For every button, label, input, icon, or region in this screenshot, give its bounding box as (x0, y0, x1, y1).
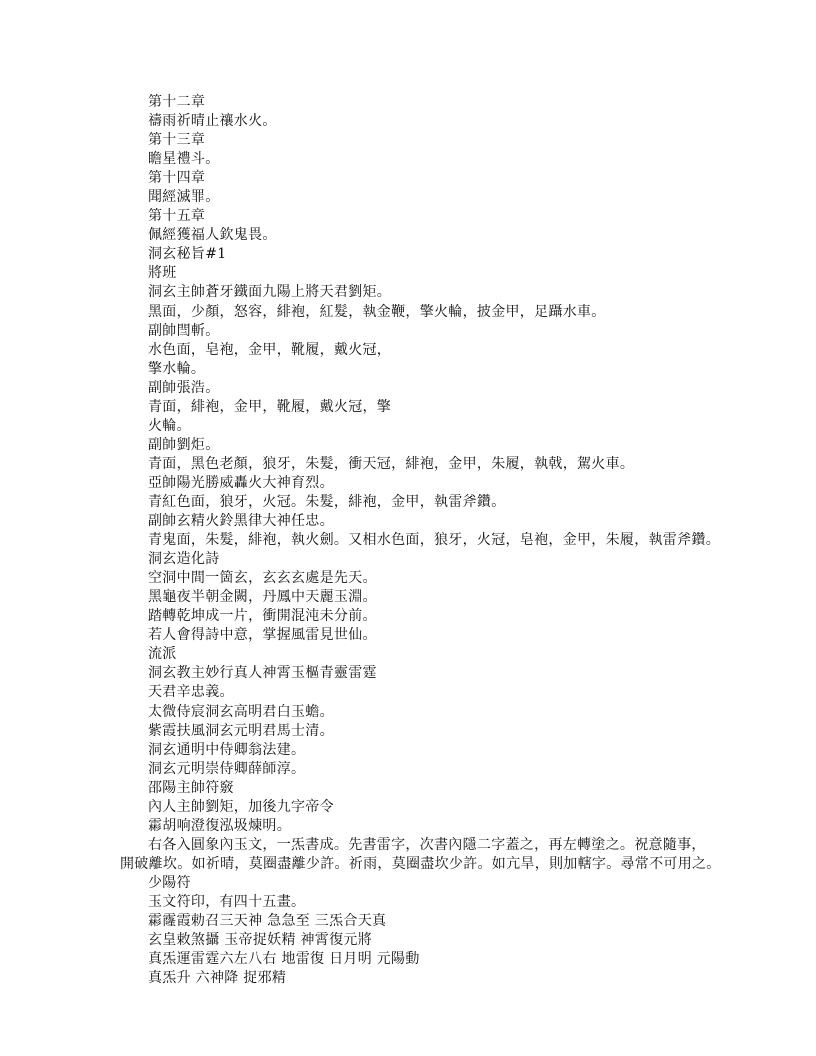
text-line: 洞玄元明崇侍卿薛師淳。 (120, 760, 720, 779)
document-page: 第十二章 禱雨祈晴止禳水火。 第十三章 瞻星禮斗。 第十四章 聞經滅罪。 第十五… (0, 0, 816, 1056)
text-line: 玉文符印，有四十五畫。 (120, 893, 720, 912)
incantation-line: 真炁升 六神降 捉邪精 (120, 969, 720, 988)
chapter-heading: 第十四章 (120, 169, 720, 188)
text-line: 副帥劉炬。 (120, 436, 720, 455)
section-heading: 少陽符 (120, 874, 720, 893)
text-line: 水色面，皂袍，金甲，靴履，戴火冠， (120, 341, 720, 360)
chapter-heading: 第十三章 (120, 131, 720, 150)
section-heading: 流派 (120, 645, 720, 664)
text-line: 火輪。 (120, 417, 720, 436)
text-line: 天君辛忠義。 (120, 683, 720, 702)
section-heading: 洞玄秘旨#1 (120, 245, 720, 264)
text-line: 擎水輪。 (120, 360, 720, 379)
paragraph-continuation-line: 開破離坎。如祈晴，莫圈盡離少許。祈雨，莫圈盡坎少許。如亢旱，則加轄字。尋常不可用… (120, 855, 720, 874)
text-line: 霦胡响澄復泓圾煉明。 (120, 817, 720, 836)
poem-line: 黑龜夜半朝金闕，丹鳳中天麗玉淵。 (120, 588, 720, 607)
text-line: 青紅色面，狼牙，火冠。朱髮，緋袍，金甲，執雷斧鑽。 (120, 493, 720, 512)
text-line: 副帥玄精火鈴黑律大神任忠。 (120, 512, 720, 531)
text-line: 亞帥陽光勝威轟火大神育烈。 (120, 474, 720, 493)
chapter-heading: 第十二章 (120, 93, 720, 112)
text-line: 青面，黑色老顏，狼牙，朱髮，衝天冠，緋袍，金甲，朱履，執戟，駕火車。 (120, 455, 720, 474)
incantation-line: 真炁運雷霆六左八右 地雷復 日月明 元陽動 (120, 950, 720, 969)
chapter-heading: 第十五章 (120, 207, 720, 226)
text-line: 瞻星禮斗。 (120, 150, 720, 169)
text-line: 黑面，少顏，怒容，緋袍，紅髮，執金鞭，擎火輪，披金甲，足躡水車。 (120, 303, 720, 322)
text-line: 禱雨祈晴止禳水火。 (120, 112, 720, 131)
text-line: 紫霞扶風洞玄元明君馬士清。 (120, 722, 720, 741)
text-line: 洞玄通明中侍卿翁法建。 (120, 741, 720, 760)
text-line: 副帥閆斬。 (120, 322, 720, 341)
text-line: 太微侍宸洞玄高明君白玉蟾。 (120, 703, 720, 722)
section-heading: 邵陽主帥符竅 (120, 779, 720, 798)
text-line: 青面，緋袍，金甲，靴履，戴火冠，擎 (120, 398, 720, 417)
poem-line: 若人會得詩中意，掌握風雷見世仙。 (120, 626, 720, 645)
incantation-line: 霦霳霞勅召三天神 急急至 三炁合天真 (120, 912, 720, 931)
text-line: 洞玄主帥蒼牙鐵面九陽上將天君劉矩。 (120, 283, 720, 302)
paragraph-first-line: 右各入圓象內玉文，一炁書成。先書雷字，次書內隱二字蓋之，再左轉塗之。祝意隨事， (120, 836, 720, 855)
text-line: 副帥張浩。 (120, 379, 720, 398)
text-line: 聞經滅罪。 (120, 188, 720, 207)
document-body: 第十二章 禱雨祈晴止禳水火。 第十三章 瞻星禮斗。 第十四章 聞經滅罪。 第十五… (120, 93, 720, 988)
text-line: 洞玄教主妙行真人神霄玉樞青靈雷霆 (120, 664, 720, 683)
text-line: 青鬼面，朱髮，緋袍，執火劍。又相水色面，狼牙，火冠，皂袍，金甲，朱履，執雷斧鑽。 (120, 531, 720, 550)
incantation-line: 玄皇敕煞攝 玉帝捉妖精 神霄復元將 (120, 931, 720, 950)
section-heading: 將班 (120, 264, 720, 283)
text-line: 內人主帥劉矩，加後九字帝令 (120, 798, 720, 817)
text-line: 佩經獲福人欽鬼畏。 (120, 226, 720, 245)
poem-line: 空洞中間一箇玄，玄玄玄處是先天。 (120, 569, 720, 588)
section-heading: 洞玄造化詩 (120, 550, 720, 569)
poem-line: 踏轉乾坤成一片，衝開混沌未分前。 (120, 607, 720, 626)
